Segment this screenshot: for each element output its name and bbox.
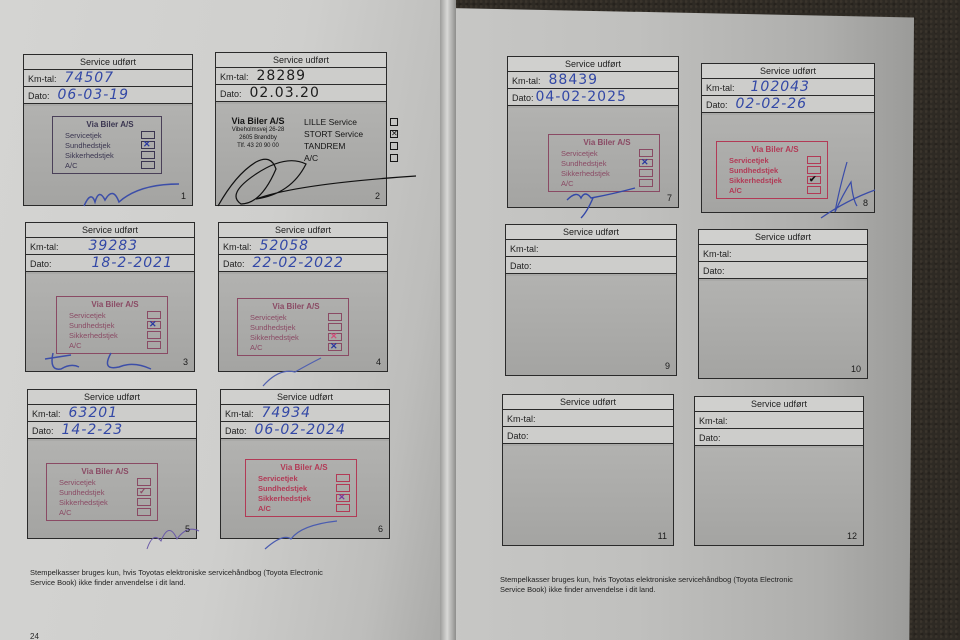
km-row: Km-tal: (699, 245, 867, 262)
km-value: 88439 (549, 72, 599, 88)
date-value: 22-02-2022 (253, 255, 344, 271)
footnote-right: Stempelkasser bruges kun, hvis Toyotas e… (500, 575, 900, 595)
km-row: Km-tal:74507 (24, 70, 192, 87)
km-value: 74507 (65, 70, 115, 86)
dealer-stamp: Via Biler A/S Vibeholmsvej 26-28 2605 Br… (222, 116, 398, 164)
stamp-area: Via Biler A/S Servicetjek Sundhedstjek✓ … (28, 441, 196, 538)
checkbox (807, 186, 821, 194)
km-row: Km-tal: (503, 410, 673, 427)
checkbox-checked: ✕ (328, 343, 342, 351)
km-row: Km-tal:63201 (28, 405, 196, 422)
stamp-area: 10 (699, 281, 867, 378)
stamp-area: 9 (506, 276, 676, 375)
stamp-area: 12 (695, 448, 863, 545)
service-card-7: Service udført Km-tal:88439 Dato:04-02-2… (507, 56, 679, 208)
date-row: Dato:04-02-2025 (508, 89, 678, 106)
date-row: Dato:14-2-23 (28, 422, 196, 439)
date-value: 04-02-2025 (536, 89, 627, 105)
card-header: Service udført (702, 64, 874, 79)
stamp-area: Via Biler A/S Servicetjek Sundhedstjek✕ … (24, 106, 192, 205)
checkbox (141, 131, 155, 139)
km-row: Km-tal:74934 (221, 405, 389, 422)
km-row: Km-tal:39283 (26, 238, 194, 255)
card-header: Service udført (221, 390, 389, 405)
checkbox (147, 341, 161, 349)
checkbox (147, 311, 161, 319)
checkbox (336, 504, 350, 512)
stamp-area: Via Biler A/S Servicetjek Sundhedstjek S… (221, 441, 389, 538)
dealer-stamp: Via Biler A/S Servicetjek Sundhedstjek✓ … (46, 463, 158, 521)
checkbox (137, 508, 151, 516)
checkbox (807, 166, 821, 174)
km-value: 39283 (89, 238, 139, 254)
checkbox-checked: ✓ (137, 488, 151, 496)
km-row: Km-tal: (695, 412, 863, 429)
card-header: Service udført (508, 57, 678, 72)
service-card-8: Service udført Km-tal:102043 Dato:02-02-… (701, 63, 875, 213)
service-card-10: Service udført Km-tal: Dato: 10 (698, 229, 868, 379)
checkbox (137, 478, 151, 486)
checkbox-checked: ✕ (147, 321, 161, 329)
checkbox (328, 313, 342, 321)
card-header: Service udført (506, 225, 676, 240)
checkbox (137, 498, 151, 506)
checkbox (141, 161, 155, 169)
km-value: 102043 (751, 79, 810, 95)
checkbox-checked: ✕ (336, 494, 350, 502)
date-row: Dato: (695, 429, 863, 446)
checkbox-checked: ✔ (807, 176, 821, 184)
km-row: Km-tal:88439 (508, 72, 678, 89)
dealer-stamp: Via Biler A/S Servicetjek Sundhedstjek S… (245, 459, 357, 517)
card-header: Service udført (219, 223, 387, 238)
checkbox-checked: ✕ (390, 130, 398, 138)
date-row: Dato:02.03.20 (216, 85, 386, 102)
checkbox (390, 142, 398, 150)
checkbox (336, 484, 350, 492)
book-spine (440, 0, 456, 640)
checkbox-checked: ✕ (328, 333, 342, 341)
stamp-area: Via Biler A/S Servicetjek Sundhedstjek✕ … (26, 274, 194, 371)
service-card-6: Service udført Km-tal:74934 Dato:06-02-2… (220, 389, 390, 539)
service-card-4: Service udført Km-tal:52058 Dato:22-02-2… (218, 222, 388, 372)
dealer-stamp: Via Biler A/S Servicetjek Sundhedstjek✕ … (56, 296, 168, 354)
date-value: 06-03-19 (58, 87, 130, 103)
date-value: 06-02-2024 (255, 422, 346, 438)
date-row: Dato:02-02-26 (702, 96, 874, 113)
date-value: 18-2-2021 (92, 255, 173, 271)
km-row: Km-tal:102043 (702, 79, 874, 96)
service-card-12: Service udført Km-tal: Dato: 12 (694, 396, 864, 546)
signature (79, 180, 189, 210)
card-header: Service udført (216, 53, 386, 68)
card-header: Service udført (24, 55, 192, 70)
dealer-stamp: Via Biler A/S Servicetjek Sundhedstjek✕ … (52, 116, 162, 174)
km-value: 63201 (69, 405, 119, 421)
card-header: Service udført (28, 390, 196, 405)
checkbox-checked: ✕ (639, 159, 653, 167)
checkbox (328, 323, 342, 331)
checkbox (639, 149, 653, 157)
checkbox (639, 179, 653, 187)
stamp-area: 11 (503, 446, 673, 545)
checkbox (639, 169, 653, 177)
checkbox (147, 331, 161, 339)
date-row: Dato: (506, 257, 676, 274)
km-value: 74934 (262, 405, 312, 421)
page-number-left: 24 (30, 632, 39, 640)
service-card-1: Service udført Km-tal:74507 Dato:06-03-1… (23, 54, 193, 206)
km-value: 28289 (257, 68, 307, 84)
card-header: Service udført (699, 230, 867, 245)
checkbox (390, 118, 398, 126)
service-card-3: Service udført Km-tal:39283 Dato:18-2-20… (25, 222, 195, 372)
card-header: Service udført (503, 395, 673, 410)
card-header: Service udført (695, 397, 863, 412)
km-row: Km-tal: (506, 240, 676, 257)
service-card-9: Service udført Km-tal: Dato: 9 (505, 224, 677, 376)
date-row: Dato:06-02-2024 (221, 422, 389, 439)
km-value: 52058 (260, 238, 310, 254)
service-card-5: Service udført Km-tal:63201 Dato:14-2-23… (27, 389, 197, 539)
checkbox (141, 151, 155, 159)
date-row: Dato: (699, 262, 867, 279)
stamp-area: Via Biler A/S Servicetjek Sundhedstjek S… (702, 115, 874, 212)
km-row: Km-tal:52058 (219, 238, 387, 255)
date-row: Dato:06-03-19 (24, 87, 192, 104)
footnote-left: Stempelkasser bruges kun, hvis Toyotas e… (30, 568, 430, 588)
dealer-stamp: Via Biler A/S Servicetjek Sundhedstjek S… (237, 298, 349, 356)
date-row: Dato: (503, 427, 673, 444)
date-value: 02.03.20 (250, 85, 320, 101)
date-row: Dato:22-02-2022 (219, 255, 387, 272)
service-card-11: Service udført Km-tal: Dato: 11 (502, 394, 674, 546)
checkbox (336, 474, 350, 482)
stamp-area: Via Biler A/S Servicetjek Sundhedstjek✕ … (508, 108, 678, 207)
checkbox-checked: ✕ (141, 141, 155, 149)
stamp-area: Via Biler A/S Vibeholmsvej 26-28 2605 Br… (216, 104, 386, 205)
dealer-stamp: Via Biler A/S Servicetjek Sundhedstjek S… (716, 141, 828, 199)
date-row: Dato:18-2-2021 (26, 255, 194, 272)
km-row: Km-tal:28289 (216, 68, 386, 85)
service-card-2: Service udført Km-tal:28289 Dato:02.03.2… (215, 52, 387, 206)
card-header: Service udført (26, 223, 194, 238)
dealer-stamp: Via Biler A/S Servicetjek Sundhedstjek✕ … (548, 134, 660, 192)
checkbox (390, 154, 398, 162)
checkbox (807, 156, 821, 164)
date-value: 14-2-23 (62, 422, 124, 438)
date-value: 02-02-26 (736, 96, 808, 112)
stamp-area: Via Biler A/S Servicetjek Sundhedstjek S… (219, 274, 387, 371)
